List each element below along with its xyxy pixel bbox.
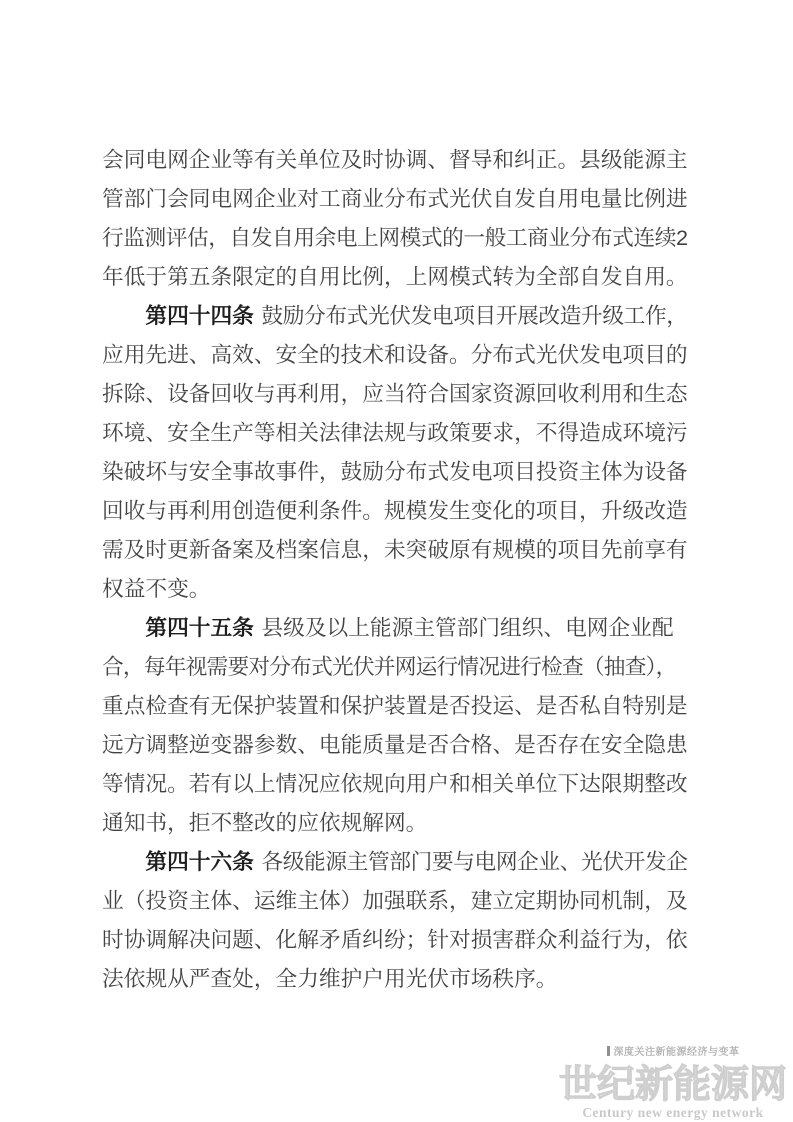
text-line: 重点检查有无保护装置和保护装置是否投运、是否私自特别是: [102, 686, 694, 725]
text-line: 远方调整逆变器参数、电能质量是否合格、是否存在安全隐患: [102, 725, 694, 764]
text-line: 第四十四条鼓励分布式光伏发电项目开展改造升级工作，: [102, 296, 694, 335]
text-line: 染破坏与安全事故事件，鼓励分布式发电项目投资主体为设备: [102, 452, 694, 491]
text-line: 第四十六条各级能源主管部门要与电网企业、光伏开发企: [102, 842, 694, 881]
text-line: 需及时更新备案及档案信息，未突破原有规模的项目先前享有: [102, 530, 694, 569]
text-line: 环境、安全生产等相关法律法规与政策要求，不得造成环境污: [102, 413, 694, 452]
tagline-tick-icon: [607, 1046, 610, 1056]
text-line: 年低于第五条限定的自用比例，上网模式转为全部自发自用。: [102, 257, 694, 296]
document-text-block: 会同电网企业等有关单位及时协调、督导和纠正。县级能源主管部门会同电网企业对工商业…: [102, 140, 694, 998]
article-line-text: 鼓励分布式光伏发电项目开展改造升级工作，: [261, 303, 687, 328]
document-page: 会同电网企业等有关单位及时协调、督导和纠正。县级能源主管部门会同电网企业对工商业…: [0, 0, 793, 1122]
text-line: 法依规从严查处，全力维护户用光伏市场秩序。: [102, 959, 694, 998]
article-number: 第四十六条: [145, 849, 253, 874]
text-line: 会同电网企业等有关单位及时协调、督导和纠正。县级能源主: [102, 140, 694, 179]
article-line-text: 各级能源主管部门要与电网企业、光伏开发企: [261, 849, 687, 874]
text-line: 管部门会同电网企业对工商业分布式光伏自发自用电量比例进: [102, 179, 694, 218]
watermark-subtitle: Century new energy network: [556, 1106, 790, 1120]
text-line: 通知书，拒不整改的应依规解网。: [102, 803, 694, 842]
text-line: 权益不变。: [102, 569, 694, 608]
watermark-tagline: 深度关注新能源经济与变革: [556, 1046, 790, 1058]
site-watermark: 深度关注新能源经济与变革 世纪新能源网 Century new energy n…: [556, 1046, 790, 1120]
text-line: 应用先进、高效、安全的技术和设备。分布式光伏发电项目的: [102, 335, 694, 374]
text-line: 时协调解决问题、化解矛盾纠纷；针对损害群众利益行为，依: [102, 920, 694, 959]
text-line: 拆除、设备回收与再利用，应当符合国家资源回收利用和生态: [102, 374, 694, 413]
watermark-tagline-text: 深度关注新能源经济与变革: [614, 1047, 740, 1058]
text-line: 行监测评估，自发自用余电上网模式的一般工商业分布式连续2: [102, 218, 694, 257]
article-number: 第四十五条: [145, 615, 253, 640]
text-line: 合，每年视需要对分布式光伏并网运行情况进行检查（抽查），: [102, 647, 694, 686]
watermark-title: 世纪新能源网: [556, 1065, 790, 1105]
article-line-text: 县级及以上能源主管部门组织、电网企业配: [261, 615, 673, 640]
text-line: 第四十五条县级及以上能源主管部门组织、电网企业配: [102, 608, 694, 647]
article-number: 第四十四条: [145, 303, 253, 328]
text-line: 等情况。若有以上情况应依规向用户和相关单位下达限期整改: [102, 764, 694, 803]
text-line: 回收与再利用创造便利条件。规模发生变化的项目，升级改造: [102, 491, 694, 530]
text-line: 业（投资主体、运维主体）加强联系，建立定期协同机制，及: [102, 881, 694, 920]
